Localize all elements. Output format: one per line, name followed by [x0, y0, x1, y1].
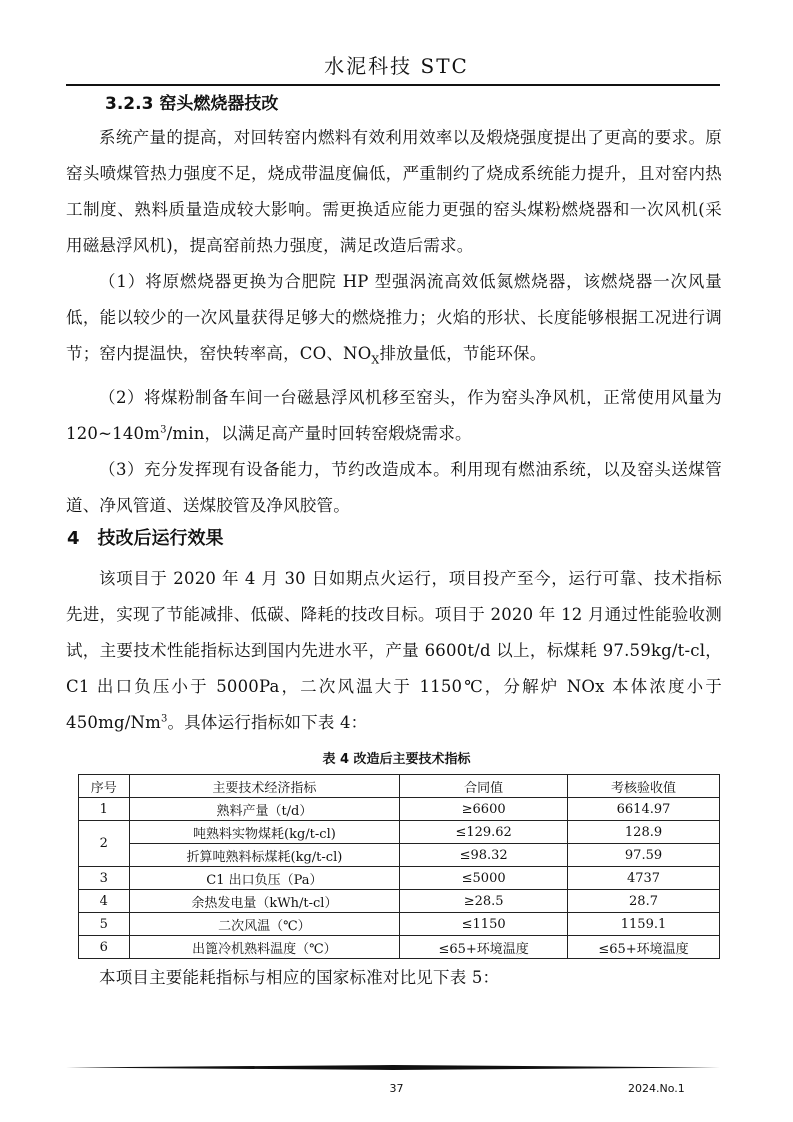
cell-indicator: 吨熟料实物煤耗(kg/t-cl)	[129, 821, 400, 844]
table-header-row: 序号 主要技术经济指标 合同值 考核验收值	[79, 775, 720, 798]
cell-contract: ≤129.62	[400, 821, 568, 844]
paragraph-burner-intro: 系统产量的提高，对回转窑内燃料有效利用效率以及煅烧强度提出了更高的要求。原窑头喷…	[66, 120, 722, 264]
cell-accepted: 4737	[568, 867, 720, 890]
cell-no: 2	[79, 821, 130, 867]
footer-rule	[66, 1065, 720, 1070]
cell-accepted: 1159.1	[568, 913, 720, 936]
cell-contract: ≥28.5	[400, 890, 568, 913]
cell-no: 1	[79, 798, 130, 821]
cell-accepted: 6614.97	[568, 798, 720, 821]
cell-indicator: 二次风温（℃）	[129, 913, 400, 936]
cell-no: 4	[79, 890, 130, 913]
header-accepted: 考核验收值	[568, 775, 720, 798]
paragraph-item-1: （1）将原燃烧器更换为合肥院 HP 型强涡流高效低氮燃烧器，该燃烧器一次风量低，…	[66, 264, 722, 372]
cell-contract: ≤98.32	[400, 844, 568, 867]
cell-accepted: 28.7	[568, 890, 720, 913]
cell-contract: ≤65+环境温度	[400, 936, 568, 959]
cell-contract: ≤1150	[400, 913, 568, 936]
cell-accepted: 128.9	[568, 821, 720, 844]
cell-indicator: 折算吨熟料标煤耗(kg/t-cl)	[129, 844, 400, 867]
issue-label: 2024.No.1	[628, 1082, 685, 1095]
cell-accepted: 97.59	[568, 844, 720, 867]
results-text-b: 。具体运行指标如下表 4：	[168, 713, 368, 732]
journal-title: 水泥科技 STC	[0, 50, 793, 79]
technical-indicators-table: 序号 主要技术经济指标 合同值 考核验收值 1 熟料产量（t/d） ≥6600 …	[78, 774, 720, 959]
header-rule	[66, 84, 720, 86]
item1-text-b: 排放量低，节能环保。	[379, 344, 546, 363]
section-title: 窑头燃烧器技改	[159, 94, 278, 114]
header-contract: 合同值	[400, 775, 568, 798]
table-row: 6 出篦冷机熟料温度（℃） ≤65+环境温度 ≤65+环境温度	[79, 936, 720, 959]
cell-accepted: ≤65+环境温度	[568, 936, 720, 959]
cell-no: 6	[79, 936, 130, 959]
paragraph-item-2: （2）将煤粉制备车间一台磁悬浮风机移至窑头，作为窑头净风机，正常使用风量为 12…	[66, 380, 722, 452]
cell-no: 3	[79, 867, 130, 890]
paragraph-item-3: （3）充分发挥现有设备能力，节约改造成本。利用现有燃油系统，以及窑头送煤管道、净…	[66, 452, 722, 524]
item2-text-b: /min，以满足高产量时回转窑煅烧需求。	[167, 424, 472, 443]
cell-indicator: C1 出口负压（Pa）	[129, 867, 400, 890]
section-number: 3.2.3	[105, 94, 153, 114]
table-row: 3 C1 出口负压（Pa） ≤5000 4737	[79, 867, 720, 890]
section-heading-3-2-3: 3.2.3窑头燃烧器技改	[105, 89, 278, 114]
section-number: 4	[67, 528, 80, 549]
cell-contract: ≤5000	[400, 867, 568, 890]
cell-indicator: 出篦冷机熟料温度（℃）	[129, 936, 400, 959]
cell-contract: ≥6600	[400, 798, 568, 821]
paragraph-table5-intro: 本项目主要能耗指标与相应的国家标准对比见下表 5：	[66, 960, 722, 996]
paragraph-results: 该项目于 2020 年 4 月 30 日如期点火运行，项目投产至今，运行可靠、技…	[66, 561, 722, 741]
table-row: 1 熟料产量（t/d） ≥6600 6614.97	[79, 798, 720, 821]
cell-no: 5	[79, 913, 130, 936]
cell-indicator: 余热发电量（kWh/t-cl）	[129, 890, 400, 913]
cell-indicator: 熟料产量（t/d）	[129, 798, 400, 821]
header-indicator: 主要技术经济指标	[129, 775, 400, 798]
results-text-a: 该项目于 2020 年 4 月 30 日如期点火运行，项目投产至今，运行可靠、技…	[66, 569, 722, 732]
table-row: 折算吨熟料标煤耗(kg/t-cl) ≤98.32 97.59	[79, 844, 720, 867]
section-heading-4: 4技改后运行效果	[67, 524, 224, 550]
section-title: 技改后运行效果	[98, 528, 224, 549]
table-row: 4 余热发电量（kWh/t-cl） ≥28.5 28.7	[79, 890, 720, 913]
header-no: 序号	[79, 775, 130, 798]
table-row: 5 二次风温（℃） ≤1150 1159.1	[79, 913, 720, 936]
table-caption: 表 4 改造后主要技术指标	[0, 748, 793, 767]
table-row: 2 吨熟料实物煤耗(kg/t-cl) ≤129.62 128.9	[79, 821, 720, 844]
